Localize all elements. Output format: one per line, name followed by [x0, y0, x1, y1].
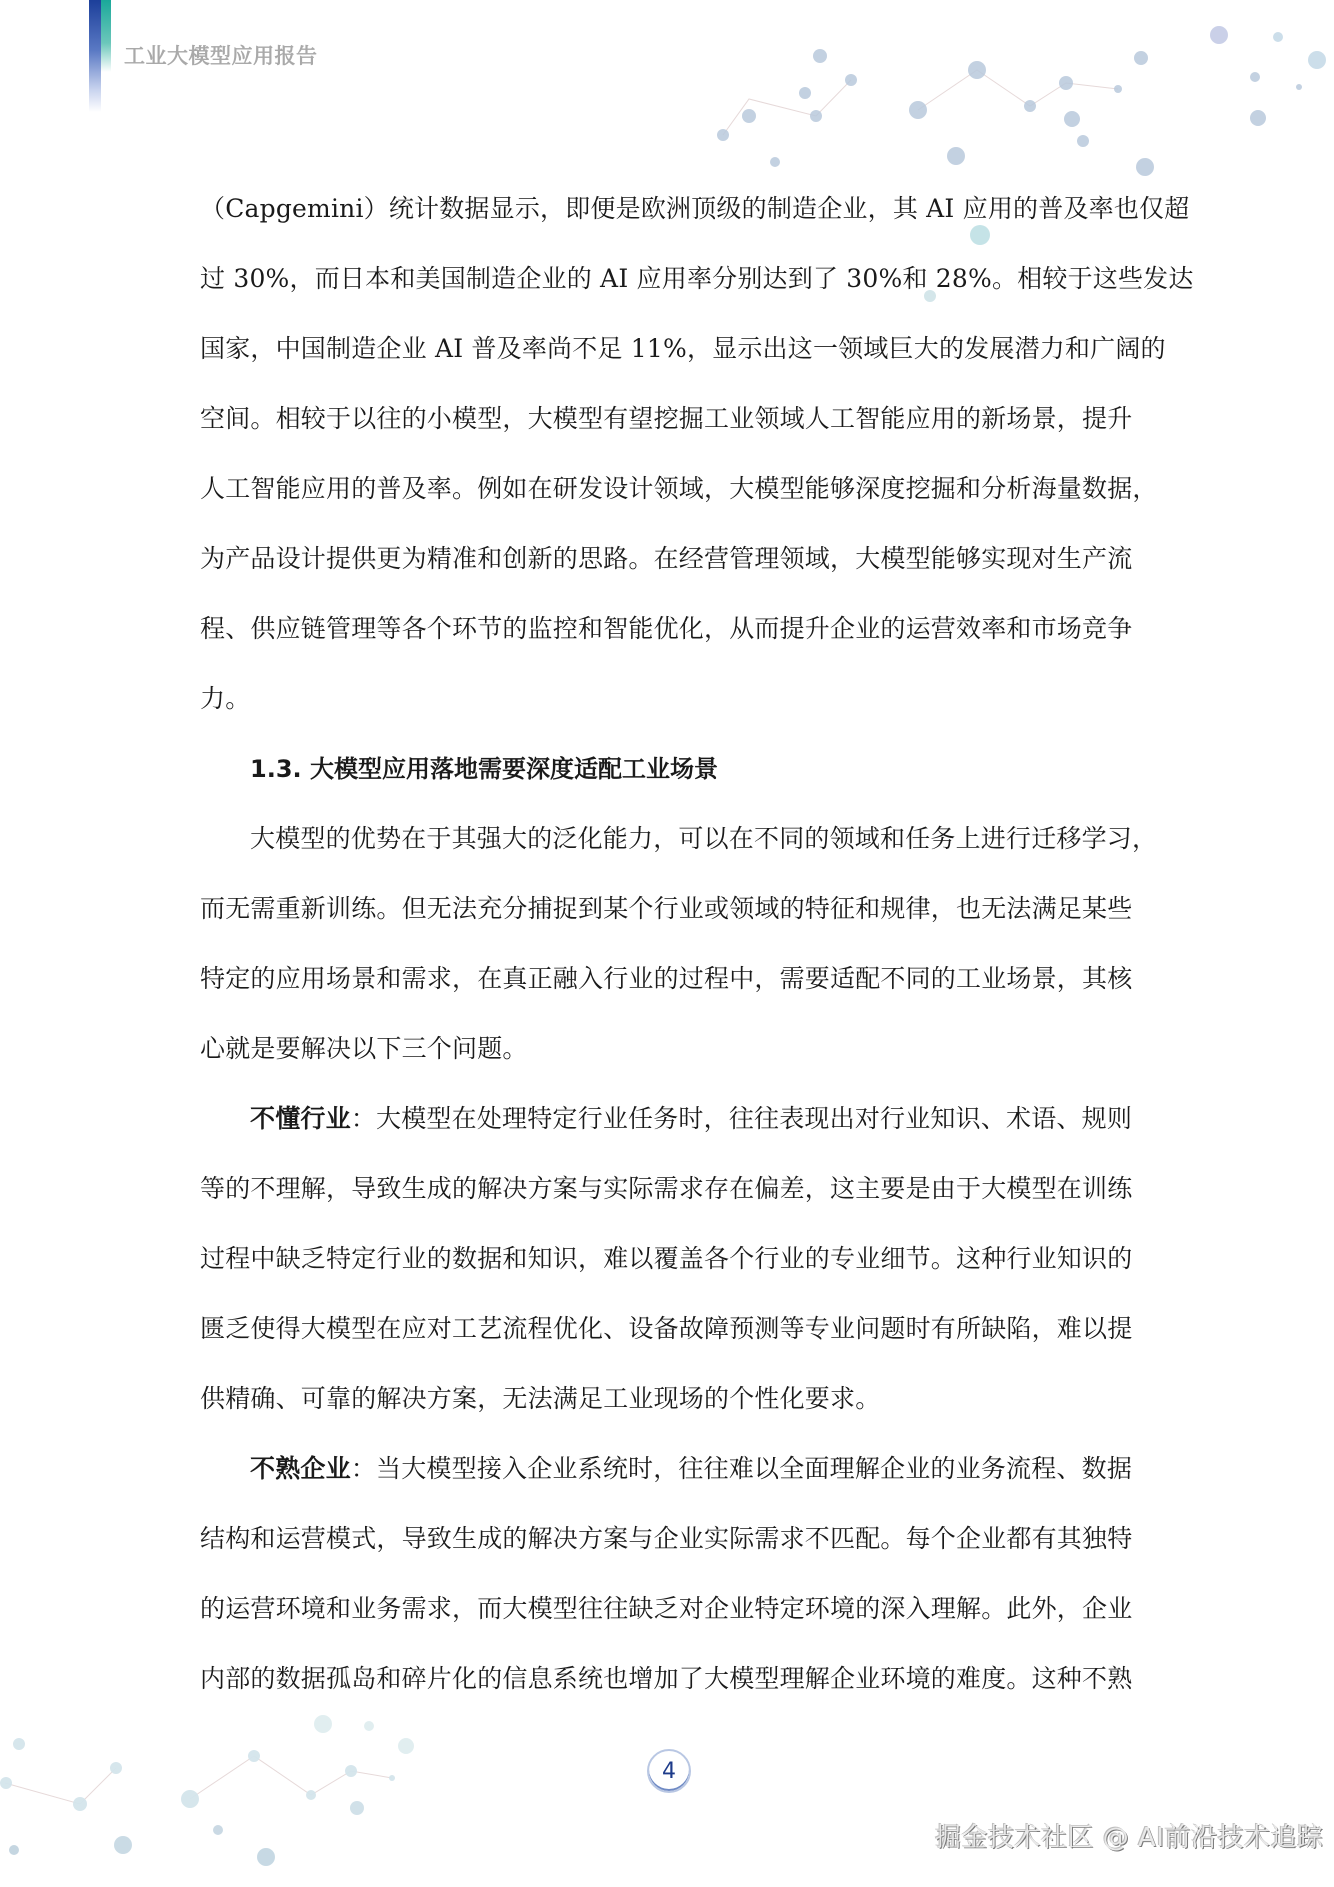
text-line: 过程中缺乏特定行业的数据和知识，难以覆盖各个行业的专业细节。这种行业知识的	[200, 1224, 1142, 1294]
text-line: 过 30%，而日本和美国制造企业的 AI 应用率分别达到了 30%和 28%。相…	[200, 244, 1142, 314]
bold-lead-term: 不熟企业	[250, 1454, 351, 1483]
text-line-rest: ：当大模型接入企业系统时，往往难以全面理解企业的业务流程、数据	[351, 1454, 1132, 1483]
text-line: （Capgemini）统计数据显示，即便是欧洲顶级的制造企业，其 AI 应用的普…	[200, 174, 1142, 244]
paragraph-ai-adoption: （Capgemini）统计数据显示，即便是欧洲顶级的制造企业，其 AI 应用的普…	[200, 174, 1142, 734]
report-body: （Capgemini）统计数据显示，即便是欧洲顶级的制造企业，其 AI 应用的普…	[200, 174, 1142, 1714]
text-line-rest: ：大模型在处理特定行业任务时，往往表现出对行业知识、术语、规则	[351, 1104, 1132, 1133]
paragraph-generalization: 大模型的优势在于其强大的泛化能力，可以在不同的领域和任务上进行迁移学习， 而无需…	[200, 804, 1142, 1084]
header-accent-bar-teal	[101, 0, 111, 72]
page-number-badge: 4	[647, 1749, 691, 1793]
text-line: 内部的数据孤岛和碎片化的信息系统也增加了大模型理解企业环境的难度。这种不熟	[200, 1644, 1142, 1714]
text-line: 为产品设计提供更为精准和创新的思路。在经营管理领域，大模型能够实现对生产流	[200, 524, 1142, 594]
text-line: 国家，中国制造企业 AI 普及率尚不足 11%，显示出这一领域巨大的发展潜力和广…	[200, 314, 1142, 384]
text-line: 结构和运营模式，导致生成的解决方案与企业实际需求不匹配。每个企业都有其独特	[200, 1504, 1142, 1574]
text-line: 匮乏使得大模型在应对工艺流程优化、设备故障预测等专业问题时有所缺陷，难以提	[200, 1294, 1142, 1364]
paragraph-not-familiar-enterprise: 不熟企业：当大模型接入企业系统时，往往难以全面理解企业的业务流程、数据 结构和运…	[200, 1434, 1142, 1714]
text-line: 等的不理解，导致生成的解决方案与实际需求存在偏差，这主要是由于大模型在训练	[200, 1154, 1142, 1224]
header-accent-bar	[89, 0, 101, 112]
text-line: 心就是要解决以下三个问题。	[200, 1014, 1142, 1084]
text-line: 大模型的优势在于其强大的泛化能力，可以在不同的领域和任务上进行迁移学习，	[200, 804, 1142, 874]
report-header-title: 工业大模型应用报告	[124, 40, 318, 70]
text-line: 空间。相较于以往的小模型，大模型有望挖掘工业领域人工智能应用的新场景，提升	[200, 384, 1142, 454]
text-line: 而无需重新训练。但无法充分捕捉到某个行业或领域的特征和规律，也无法满足某些	[200, 874, 1142, 944]
bold-lead-term: 不懂行业	[250, 1104, 351, 1133]
text-line: 的运营环境和业务需求，而大模型往往缺乏对企业特定环境的深入理解。此外，企业	[200, 1574, 1142, 1644]
watermark-text: 掘金技术社区 @ AI前沿技术追踪	[935, 1817, 1323, 1854]
text-line: 特定的应用场景和需求，在真正融入行业的过程中，需要适配不同的工业场景，其核	[200, 944, 1142, 1014]
section-heading-1-3: 1.3. 大模型应用落地需要深度适配工业场景	[200, 734, 1142, 804]
text-line: 人工智能应用的普及率。例如在研发设计领域，大模型能够深度挖掘和分析海量数据，	[200, 454, 1142, 524]
paragraph-not-understanding-industry: 不懂行业：大模型在处理特定行业任务时，往往表现出对行业知识、术语、规则 等的不理…	[200, 1084, 1142, 1434]
text-line: 力。	[200, 664, 1142, 734]
text-line: 不懂行业：大模型在处理特定行业任务时，往往表现出对行业知识、术语、规则	[200, 1084, 1142, 1154]
text-line: 不熟企业：当大模型接入企业系统时，往往难以全面理解企业的业务流程、数据	[200, 1434, 1142, 1504]
text-line: 程、供应链管理等各个环节的监控和智能优化，从而提升企业的运营效率和市场竞争	[200, 594, 1142, 664]
text-line: 供精确、可靠的解决方案，无法满足工业现场的个性化要求。	[200, 1364, 1142, 1434]
